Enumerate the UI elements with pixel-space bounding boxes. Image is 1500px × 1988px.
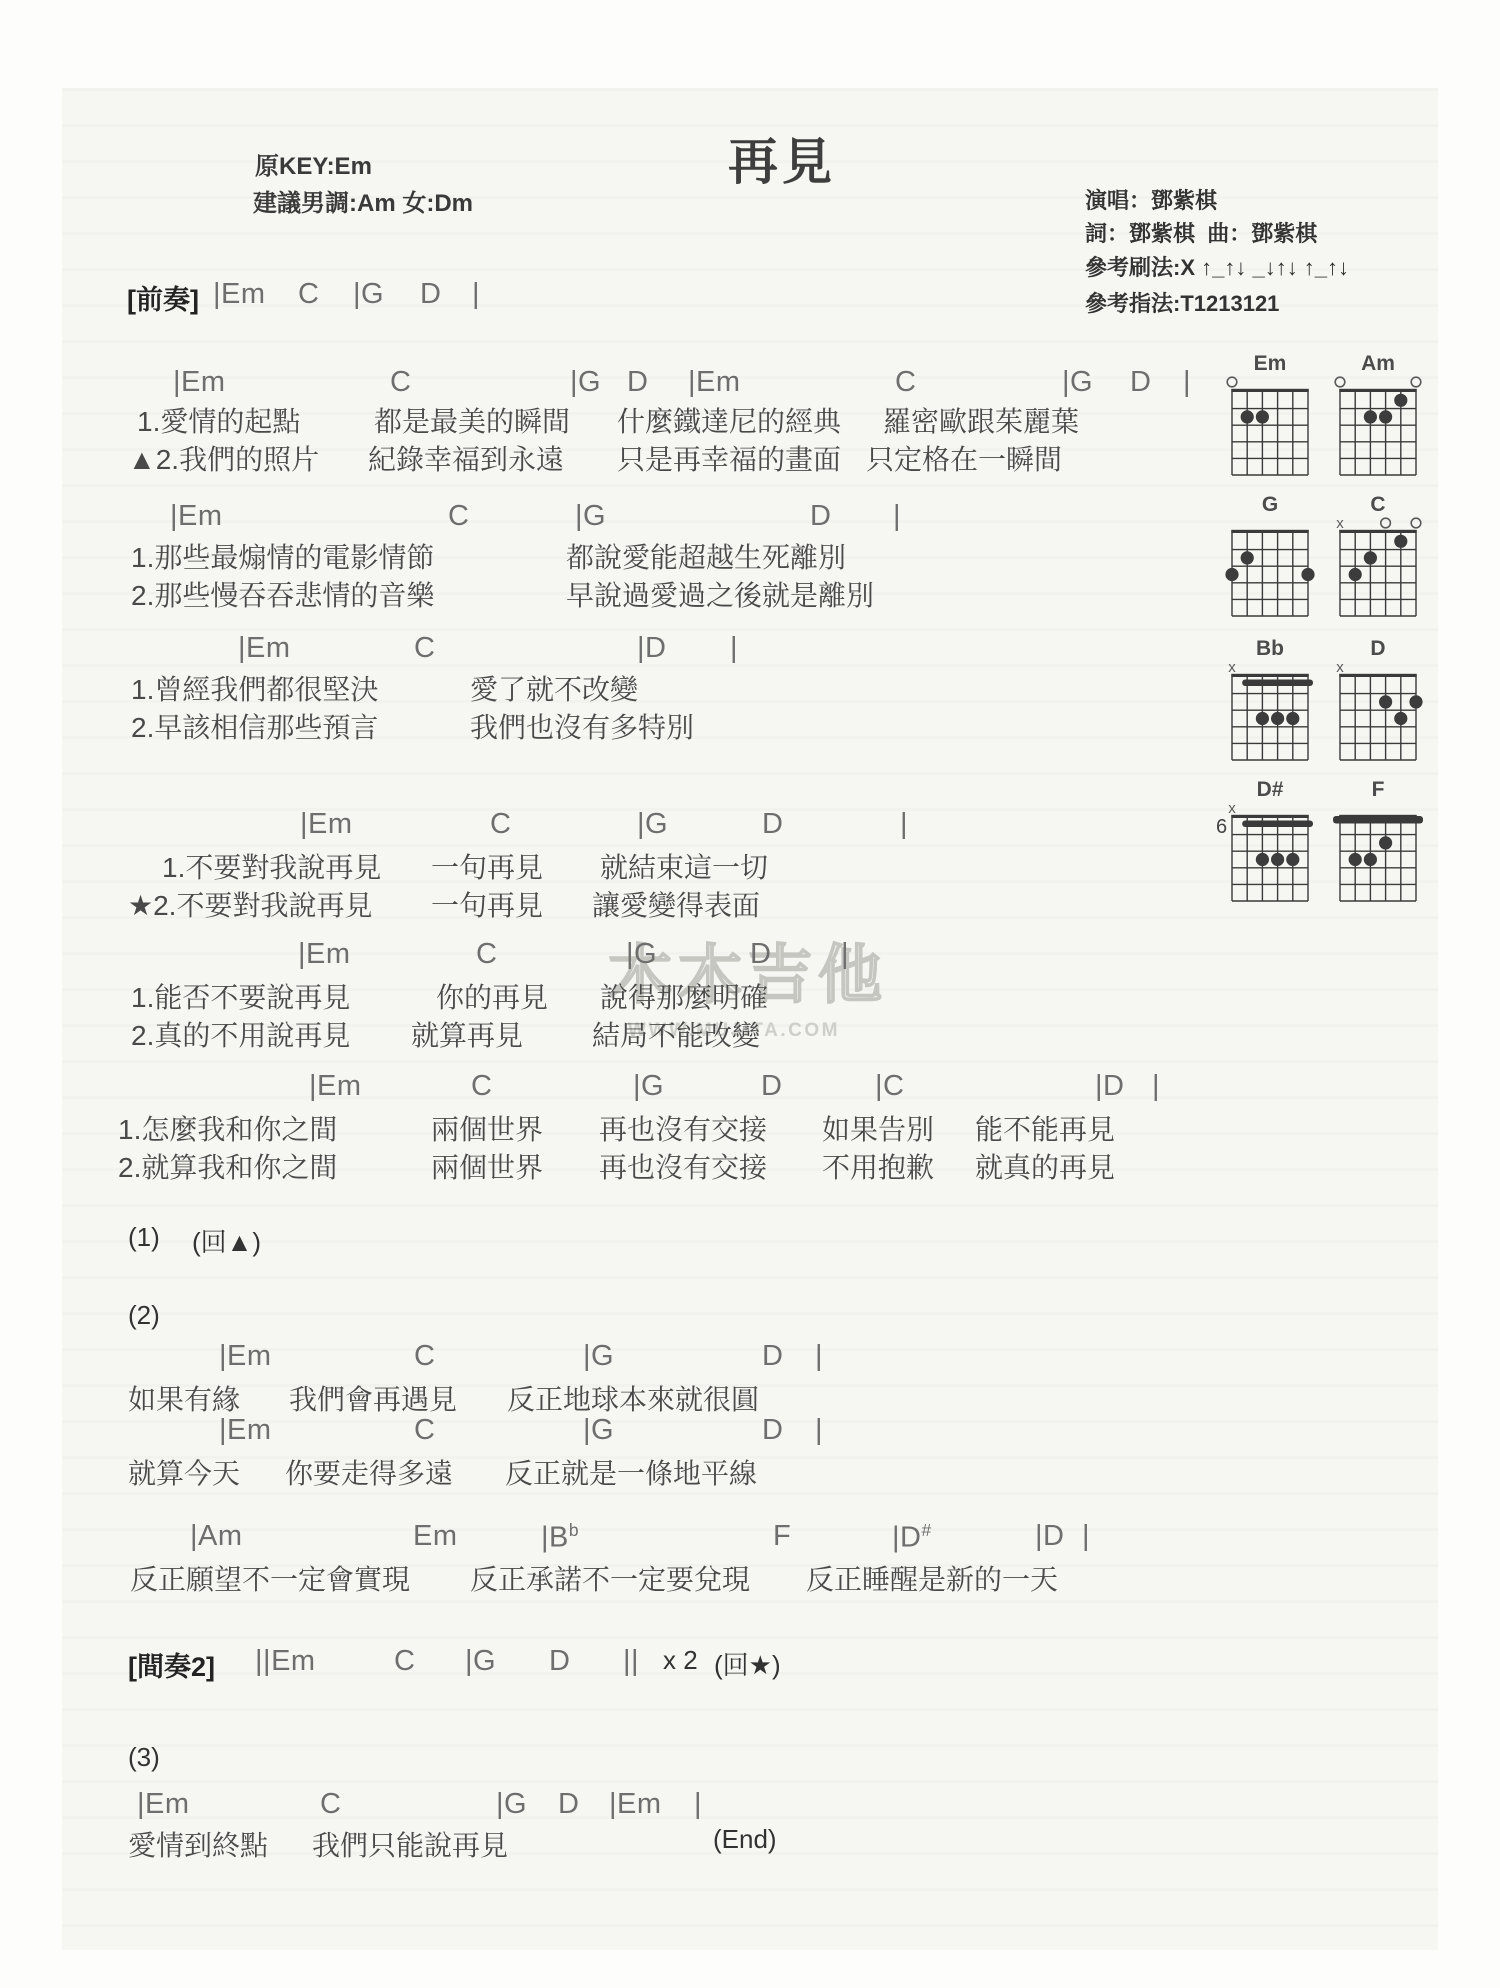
interlude-line-token: D: [549, 1645, 570, 1678]
chorus3-lyric-2-token: 再也沒有交接: [599, 1146, 767, 1186]
finger-dot: [1225, 568, 1238, 581]
singer-credit: 演唱：鄧紫棋: [1085, 184, 1217, 215]
bridge3-lyric-token: 反正承諾不一定要兌現: [470, 1558, 750, 1598]
chord-diagram-label: D#: [1257, 778, 1284, 801]
verse1-chords-token: D: [1130, 366, 1151, 399]
open-string-marker: [1227, 377, 1237, 387]
verse1-chords-token: C: [895, 366, 916, 399]
muted-string-marker: x: [1336, 515, 1344, 532]
bridge2-chords-token: |Em: [219, 1414, 272, 1447]
outro-chords-token: D: [558, 1788, 579, 1821]
suggested-key-info: 建議男調:Am 女:Dm: [253, 183, 473, 218]
repeat-mark-1: (1)(回▲): [0, 1222, 1500, 1266]
verse1-chords-token: |Em: [688, 366, 741, 399]
finger-dot: [1301, 568, 1314, 581]
bridge2-lyric-token: 就算今天: [128, 1452, 240, 1492]
verse1-chords-token: |G: [570, 366, 601, 399]
outro-chords-token: |: [694, 1788, 702, 1821]
chord-diagram-d: Dx: [1320, 633, 1438, 771]
finger-dot: [1379, 836, 1392, 849]
verse1-chords-token: D: [627, 366, 648, 399]
muted-string-marker: x: [1336, 659, 1344, 676]
outro-lyric-token: 愛情到終點: [128, 1824, 268, 1864]
repeat-mark-1-token: (1): [128, 1222, 160, 1253]
chorus3-lyric-2-token: 就真的再見: [975, 1146, 1115, 1186]
muted-string-marker: x: [1228, 659, 1236, 676]
chorus1-chords-token: |: [900, 808, 908, 841]
chorus3-chords-token: C: [471, 1070, 492, 1103]
chorus1-lyric-1-token: 1.不要對我說再見: [162, 846, 381, 886]
chord-diagram-label: C: [1370, 493, 1385, 516]
intro-line-token: D: [420, 278, 441, 311]
chord-diagram-label: G: [1262, 493, 1278, 516]
chorus1-lyric-2-token: 一句再見: [431, 884, 543, 924]
interlude-line-token: ||: [623, 1645, 639, 1678]
outro-chords-token: |Em: [609, 1788, 662, 1821]
verse1-chords-token: |: [1183, 366, 1191, 399]
chorus1-chords-token: |G: [637, 808, 668, 841]
bridge2-chords-token: |G: [583, 1414, 614, 1447]
verse1-chords-token: |Em: [173, 366, 226, 399]
song-title: 再見: [672, 122, 892, 194]
finger-dot: [1271, 712, 1284, 725]
verse1-lyric-2-token: 只定格在一瞬間: [866, 438, 1062, 478]
intro-line: [前奏]|EmC|GD|: [0, 278, 1500, 322]
barre-bar: [1242, 821, 1313, 828]
chorus3-chords-token: |C: [875, 1070, 904, 1103]
verse3-chords-token: |Em: [238, 632, 291, 665]
interlude-line-token: x 2: [663, 1645, 698, 1676]
open-string-marker: [1381, 518, 1391, 528]
interlude-line-token: |G: [465, 1645, 496, 1678]
chord-diagram-label: F: [1372, 778, 1385, 801]
finger-dot: [1286, 712, 1299, 725]
interlude-line: [間奏2]||EmC|GD||x 2(回★): [0, 1645, 1500, 1689]
bridge3-chords-token: |D: [1035, 1520, 1064, 1553]
intro-line-token: |Em: [213, 278, 266, 311]
section-mark-3-token: (3): [128, 1742, 160, 1773]
chord-diagram-g: G: [1212, 489, 1330, 627]
intro-line-token: |: [472, 278, 480, 311]
finger-dot: [1394, 394, 1407, 407]
verse1-lyric-2-token: 只是再幸福的畫面: [617, 438, 841, 478]
chorus1-lyric-2-token: 讓愛變得表面: [592, 884, 760, 924]
chorus2-lyric-2-token: 結局不能改變: [592, 1014, 760, 1054]
section-mark-3: (3): [0, 1742, 1500, 1786]
bridge3-lyric-token: 反正願望不一定會實現: [130, 1558, 410, 1598]
interlude-line-token: C: [394, 1645, 415, 1678]
chorus2-lyric-2: 2.真的不用說再見就算再見結局不能改變: [0, 1014, 1500, 1058]
interlude-line-token: ||Em: [255, 1645, 316, 1678]
finger-dot: [1241, 410, 1254, 423]
bridge1-chords-token: D: [762, 1340, 783, 1373]
bridge1-lyric-token: 我們會再遇見: [289, 1378, 457, 1418]
interlude-line-token: [間奏2]: [128, 1645, 215, 1684]
chord-diagram-bb: Bbx: [1212, 633, 1330, 771]
finger-dot: [1409, 695, 1422, 708]
chorus2-chords-token: |Em: [298, 938, 351, 971]
barre-bar: [1242, 680, 1313, 687]
bridge3-chords-token: |D#: [892, 1520, 932, 1555]
verse1-lyric-2-token: 紀錄幸福到永遠: [368, 438, 564, 478]
chord-diagram-am: Am: [1320, 348, 1438, 486]
bridge3-lyric-token: 反正睡醒是新的一天: [806, 1558, 1058, 1598]
chorus3-lyric-2-token: 2.就算我和你之間: [118, 1146, 337, 1186]
finger-dot: [1394, 535, 1407, 548]
bridge1-lyric-token: 反正地球本來就很圓: [507, 1378, 759, 1418]
finger-dot: [1256, 410, 1269, 423]
chorus3-chords-token: |G: [633, 1070, 664, 1103]
chord-diagram-dsharp: D#x6: [1212, 774, 1330, 912]
barre-bar: [1333, 816, 1423, 824]
verse1-lyric-1-token: 羅密歐跟茱麗葉: [883, 400, 1079, 440]
finger-dot: [1256, 853, 1269, 866]
bridge1-chords-token: |G: [583, 1340, 614, 1373]
verse2-lyric-2-token: 2.那些慢吞吞悲情的音樂: [131, 574, 434, 614]
finger-dot: [1379, 695, 1392, 708]
finger-dot: [1364, 853, 1377, 866]
bridge3-chords-token: F: [773, 1520, 791, 1553]
verse3-chords-token: |: [730, 632, 738, 665]
chorus2-lyric-1-token: 1.能否不要說再見: [131, 976, 350, 1016]
chorus1-chords-token: D: [762, 808, 783, 841]
bridge3-chords-token: |Bb: [541, 1520, 579, 1555]
bridge1-chords-token: |Em: [219, 1340, 272, 1373]
chorus3-chords-token: D: [761, 1070, 782, 1103]
verse1-lyric-1-token: 什麼鐵達尼的經典: [617, 400, 841, 440]
outro-lyric-token: (End): [713, 1824, 777, 1855]
verse1-lyric-1-token: 都是最美的瞬間: [374, 400, 570, 440]
verse1-lyric-1-token: 1.愛情的起點: [137, 400, 300, 440]
open-string-marker: [1411, 377, 1421, 387]
bridge2-chords-token: D: [762, 1414, 783, 1447]
finger-dot: [1286, 853, 1299, 866]
verse3-lyric-2-token: 2.早該相信那些預言: [131, 706, 378, 746]
verse2-chords-token: |Em: [170, 500, 223, 533]
chorus3-lyric-1-token: 如果告別: [822, 1108, 934, 1148]
bridge1-chords-token: |: [815, 1340, 823, 1373]
chorus2-lyric-2-token: 就算再見: [411, 1014, 523, 1054]
finger-dot: [1349, 568, 1362, 581]
chorus3-lyric-2-token: 不用抱歉: [822, 1146, 934, 1186]
bridge3-chords-token: |: [1082, 1520, 1090, 1553]
outro-chords-token: C: [320, 1788, 341, 1821]
finger-dot: [1256, 712, 1269, 725]
bridge3-lyric: 反正願望不一定會實現反正承諾不一定要兌現反正睡醒是新的一天: [0, 1558, 1500, 1602]
chorus1-lyric-1-token: 一句再見: [431, 846, 543, 886]
verse2-chords-token: C: [448, 500, 469, 533]
bridge3-chords-token: |Am: [190, 1520, 243, 1553]
verse1-lyric-2-token: ▲2.我們的照片: [128, 438, 319, 478]
chorus3-chords-token: |Em: [309, 1070, 362, 1103]
chorus3-lyric-1-token: 再也沒有交接: [599, 1108, 767, 1148]
intro-line-token: C: [298, 278, 319, 311]
chorus2-chords-token: |G: [626, 938, 657, 971]
chord-sheet-page: 木木吉他 WWW.MUJITA.COM 再見 原KEY:Em 建議男調:Am 女…: [0, 0, 1500, 1988]
verse2-lyric-2-token: 早說過愛過之後就是離別: [566, 574, 874, 614]
finger-dot: [1364, 410, 1377, 423]
interlude-line-token: (回★): [714, 1645, 781, 1682]
finger-dot: [1241, 551, 1254, 564]
bridge2-lyric-token: 反正就是一條地平線: [505, 1452, 757, 1492]
chorus3-chords-token: |D: [1095, 1070, 1124, 1103]
writer-credits: 詞：鄧紫棋 曲：鄧紫棋: [1085, 217, 1317, 248]
chorus2-chords-token: D: [750, 938, 771, 971]
chorus2-lyric-1-token: 你的再見: [436, 976, 548, 1016]
chord-diagram-label: Am: [1361, 352, 1395, 375]
finger-dot: [1394, 712, 1407, 725]
finger-dot: [1271, 853, 1284, 866]
verse2-chords-token: |G: [575, 500, 606, 533]
chorus2-chords-token: |: [841, 938, 849, 971]
verse2-lyric-1-token: 1.那些最煽情的電影情節: [131, 536, 434, 576]
chorus3-lyric-1-token: 兩個世界: [431, 1108, 543, 1148]
bridge2-chords-token: |: [815, 1414, 823, 1447]
chord-diagram-f: F: [1320, 774, 1438, 912]
section-mark-2: (2): [0, 1300, 1500, 1344]
fret-position-number: 6: [1216, 816, 1227, 838]
bridge3-chords-token: Em: [413, 1520, 458, 1553]
outro-lyric-token: 我們只能說再見: [312, 1824, 508, 1864]
intro-line-token: [前奏]: [127, 278, 199, 317]
open-string-marker: [1335, 377, 1345, 387]
outro-chords-token: |G: [496, 1788, 527, 1821]
bridge2-chords-token: C: [414, 1414, 435, 1447]
chorus3-lyric-1-token: 能不能再見: [975, 1108, 1115, 1148]
chorus1-lyric-1-token: 就結束這一切: [600, 846, 768, 886]
chord-diagram-label: Bb: [1256, 637, 1284, 660]
chorus3-chords-token: |: [1152, 1070, 1160, 1103]
verse3-lyric-1-token: 愛了就不改變: [470, 668, 638, 708]
open-string-marker: [1411, 518, 1421, 528]
original-key-info: 原KEY:Em: [255, 146, 372, 181]
chorus3-lyric-2: 2.就算我和你之間兩個世界再也沒有交接不用抱歉就真的再見: [0, 1146, 1500, 1190]
verse3-chords-token: |D: [637, 632, 666, 665]
section-mark-2-token: (2): [128, 1300, 160, 1331]
chorus3-lyric-1-token: 1.怎麼我和你之間: [118, 1108, 337, 1148]
finger-dot: [1364, 551, 1377, 564]
finger-dot: [1349, 853, 1362, 866]
verse1-chords-token: |G: [1062, 366, 1093, 399]
verse3-lyric-1-token: 1.曾經我們都很堅決: [131, 668, 378, 708]
chorus1-chords-token: C: [490, 808, 511, 841]
repeat-mark-1-token: (回▲): [192, 1222, 261, 1259]
chorus1-lyric-2-token: ★2.不要對我說再見: [128, 884, 372, 924]
verse3-chords-token: C: [414, 632, 435, 665]
muted-string-marker: x: [1228, 800, 1236, 817]
finger-dot: [1379, 410, 1392, 423]
chord-diagram-em: Em: [1212, 348, 1330, 486]
chord-diagram-label: Em: [1254, 352, 1287, 375]
verse2-chords-token: D: [810, 500, 831, 533]
bridge1-lyric-token: 如果有緣: [128, 1378, 240, 1418]
bridge1-chords-token: C: [414, 1340, 435, 1373]
verse1-chords-token: C: [390, 366, 411, 399]
chord-diagram-c: Cx: [1320, 489, 1438, 627]
verse3-lyric-2-token: 我們也沒有多特別: [470, 706, 694, 746]
chorus2-chords-token: C: [476, 938, 497, 971]
bridge2-lyric-token: 你要走得多遠: [285, 1452, 453, 1492]
outro-chords-token: |Em: [137, 1788, 190, 1821]
chorus1-chords-token: |Em: [300, 808, 353, 841]
intro-line-token: |G: [353, 278, 384, 311]
verse2-lyric-1-token: 都說愛能超越生死離別: [566, 536, 846, 576]
outro-lyric: 愛情到終點我們只能說再見(End): [0, 1824, 1500, 1868]
chord-diagram-label: D: [1370, 637, 1385, 660]
chorus3-lyric-2-token: 兩個世界: [431, 1146, 543, 1186]
chorus2-lyric-1-token: 說得那麼明確: [600, 976, 768, 1016]
chorus2-lyric-2-token: 2.真的不用說再見: [131, 1014, 350, 1054]
verse2-chords-token: |: [893, 500, 901, 533]
bridge2-lyric: 就算今天你要走得多遠反正就是一條地平線: [0, 1452, 1500, 1496]
